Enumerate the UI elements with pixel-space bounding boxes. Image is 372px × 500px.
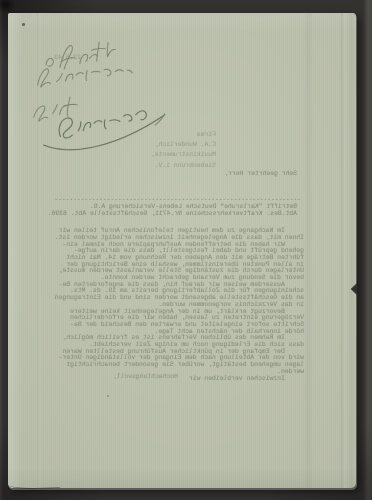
paper-corner-curl [8, 479, 60, 490]
bleed-line: Inzwischen verbleiben wir [55, 376, 304, 383]
bleed-body-block: Im Nachgange zu dem heutigen telefonisch… [55, 208, 304, 382]
paper-speck [107, 395, 109, 397]
photographed-scan: { "scan": { "mat_color": "#343230", "pap… [0, 0, 372, 500]
handwritten-note [24, 32, 180, 159]
bleed-line: lagen umgehend bestätigt, worüber Sie ge… [55, 362, 304, 369]
bleed-salutation: Sehr geehrter Herr, [224, 171, 297, 178]
bleed-subject-underline: ----------------------------------------… [54, 197, 301, 204]
bleed-line: Siebenbrunn i.V. [151, 161, 216, 171]
bleed-signoff: Hochachtungsvoll, [113, 374, 178, 381]
paper-sheet: 22.6.43. FirmaC.A. Wunderlich,Musikinstr… [8, 13, 356, 488]
paper-speck [22, 23, 25, 26]
